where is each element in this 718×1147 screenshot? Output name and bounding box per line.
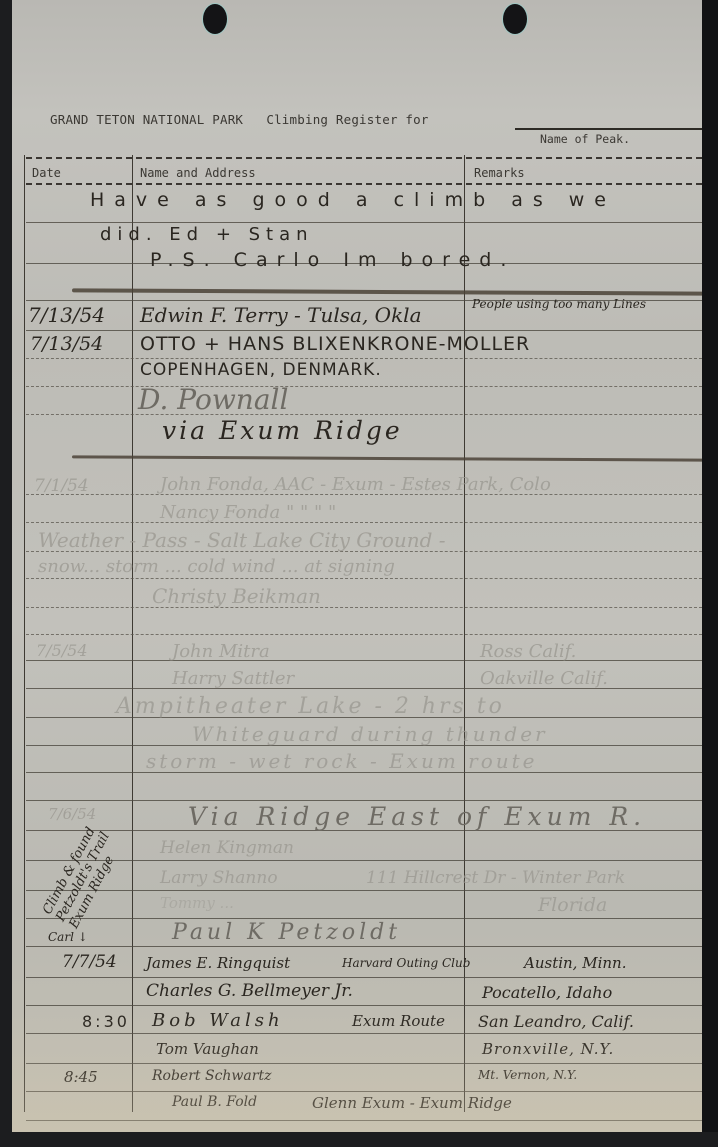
- rule: [26, 1033, 702, 1034]
- rule: [26, 157, 702, 159]
- rule: [26, 414, 702, 415]
- column-header-remarks: Remarks: [474, 166, 525, 180]
- peak-name-field: [515, 128, 702, 130]
- entry-route: Exum Route: [352, 1012, 445, 1030]
- entry-name: Robert Schwartz: [152, 1068, 271, 1084]
- rule: [26, 330, 702, 331]
- entry-route: Glenn Exum - Exum Ridge: [312, 1094, 512, 1112]
- entry-name: Harry Sattler: [172, 668, 294, 689]
- entry-name: James E. Ringquist: [146, 954, 290, 972]
- rule: [26, 890, 702, 891]
- note-line: did. Ed + Stan: [100, 224, 314, 245]
- rule: [26, 1091, 702, 1092]
- rule: [26, 1120, 702, 1121]
- entry-remarks: Austin, Minn.: [524, 954, 626, 972]
- entry-note: storm - wet rock - Exum route: [146, 749, 538, 773]
- entry-name: Bob Walsh: [152, 1010, 284, 1031]
- rule: [26, 918, 702, 919]
- entry-date: 7/1/54: [34, 476, 89, 496]
- rule: [26, 946, 702, 947]
- park-title: GRAND TETON NATIONAL PARK: [50, 112, 243, 127]
- entry-address: Florida: [538, 894, 607, 916]
- rule: [26, 578, 702, 579]
- rule: [26, 634, 702, 635]
- register-sheet: GRAND TETON NATIONAL PARK Climbing Regis…: [12, 0, 702, 1132]
- entry-name: Nancy Fonda " " " ": [160, 502, 336, 523]
- entry-route: via Exum Ridge: [162, 416, 403, 445]
- background-edge: [0, 1132, 718, 1147]
- column-divider: [24, 155, 25, 1112]
- rule: [26, 660, 702, 661]
- rule: [26, 183, 702, 185]
- entry-club: Harvard Outing Club: [342, 956, 470, 970]
- register-label: Climbing Register for: [266, 112, 428, 127]
- entry-remarks: Ross Calif.: [480, 641, 576, 662]
- entry-remarks: San Leandro, Calif.: [478, 1012, 634, 1031]
- rule: [26, 800, 702, 801]
- entry-name: OTTO + HANS BLIXENKRONE-MOLLER: [140, 333, 530, 355]
- entry-remarks: Pocatello, Idaho: [482, 983, 612, 1002]
- margin-note-signature: Carl ↓: [48, 930, 88, 944]
- entry-remarks: Oakville Calif.: [480, 668, 608, 689]
- entry-date: 7/6/54: [48, 805, 96, 823]
- rule: [26, 860, 702, 861]
- entry-note: Whiteguard during thunder: [192, 722, 548, 746]
- entry-name: D. Pownall: [138, 383, 288, 416]
- note-line: Have as good a climb as we: [90, 189, 616, 211]
- entry-note: snow... storm ... cold wind ... at signi…: [38, 556, 395, 577]
- entry-time: 8:30: [82, 1012, 130, 1031]
- note-line: P.S. Carlo Im bored.: [150, 249, 515, 271]
- entry-remarks: Mt. Vernon, N.Y.: [478, 1068, 577, 1082]
- binder-hole-right: [503, 4, 527, 34]
- ink-divider: [72, 288, 702, 295]
- entry-date: 7/13/54: [30, 333, 103, 355]
- column-header-name: Name and Address: [140, 166, 256, 180]
- entry-name: Helen Kingman: [160, 838, 294, 858]
- margin-note: Climb & found Petzoldt's Trail Exum Ridg…: [40, 823, 126, 931]
- entry-time: 8:45: [64, 1068, 98, 1086]
- entry-name: Paul K Petzoldt: [172, 920, 401, 945]
- entry-address: COPENHAGEN, DENMARK.: [140, 360, 382, 380]
- rule: [26, 1063, 702, 1064]
- ink-divider: [72, 455, 702, 461]
- background-edge: [702, 0, 718, 1147]
- rule: [26, 358, 702, 359]
- entry-name: Tom Vaughan: [156, 1040, 259, 1058]
- entry-name: Edwin F. Terry - Tulsa, Okla: [140, 303, 422, 327]
- entry-remarks: People using too many Lines: [472, 298, 672, 310]
- entry-remarks: Bronxville, N.Y.: [482, 1040, 614, 1058]
- rule: [26, 607, 702, 608]
- entry-route: Via Ridge East of Exum R.: [188, 802, 646, 831]
- entry-name: Charles G. Bellmeyer Jr.: [146, 981, 353, 1001]
- entry-date: 7/13/54: [28, 303, 105, 327]
- rule: [26, 222, 702, 223]
- column-header-date: Date: [32, 166, 61, 180]
- rule: [26, 522, 702, 523]
- rule: [26, 977, 702, 978]
- peak-caption: Name of Peak.: [540, 132, 630, 146]
- entry-name: Tommy ...: [160, 894, 234, 912]
- form-header: GRAND TETON NATIONAL PARK Climbing Regis…: [50, 112, 429, 127]
- entry-note: Weather - Pass - Salt Lake City Ground -: [38, 528, 446, 552]
- entry-name: Larry Shanno: [160, 868, 278, 888]
- entry-name: John Fonda, AAC - Exum - Estes Park, Col…: [160, 474, 551, 495]
- rule: [26, 386, 702, 387]
- entry-note: Christy Beikman: [152, 584, 321, 608]
- entry-date: 7/5/54: [36, 641, 88, 660]
- entry-note: Ampitheater Lake - 2 hrs to: [116, 694, 505, 719]
- entry-name: Paul B. Fold: [172, 1094, 257, 1110]
- binder-hole-left: [203, 4, 227, 34]
- entry-address: 111 Hillcrest Dr - Winter Park: [366, 868, 625, 888]
- entry-name: John Mitra: [172, 641, 270, 662]
- entry-date: 7/7/54: [62, 952, 117, 972]
- rule: [26, 1005, 702, 1006]
